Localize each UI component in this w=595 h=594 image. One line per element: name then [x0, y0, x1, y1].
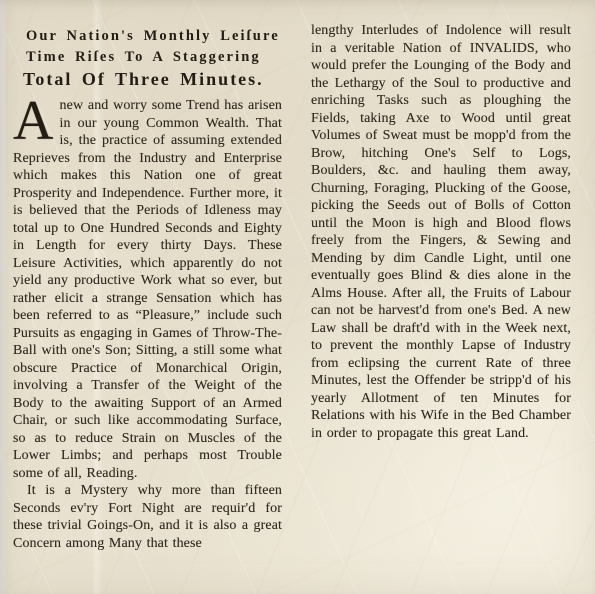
right-column: lengthy Interludes of Indolence will res… [311, 22, 571, 442]
left-column: Our Nation's Monthly Leiſure Time Riſes … [13, 26, 282, 552]
article-paragraph-1: Anew and worry some Trend has arisen in … [13, 97, 282, 482]
paragraph-1-text: new and worry some Trend has arisen in o… [13, 98, 282, 481]
drop-cap-letter: A [13, 97, 60, 148]
newspaper-page: Our Nation's Monthly Leiſure Time Riſes … [0, 0, 595, 594]
article-paragraph-2: It is a Mystery why more than fifteen Se… [13, 482, 282, 552]
article-paragraph-3: lengthy Interludes of Indolence will res… [311, 22, 571, 442]
headline-line-2: Time Riſes To A Staggering [13, 47, 282, 68]
headline-line-3: Total Of Three Minutes. [13, 68, 282, 91]
article-headline: Our Nation's Monthly Leiſure Time Riſes … [13, 26, 282, 91]
headline-line-1: Our Nation's Monthly Leiſure [13, 26, 282, 47]
page-scan-edge [0, 0, 7, 594]
